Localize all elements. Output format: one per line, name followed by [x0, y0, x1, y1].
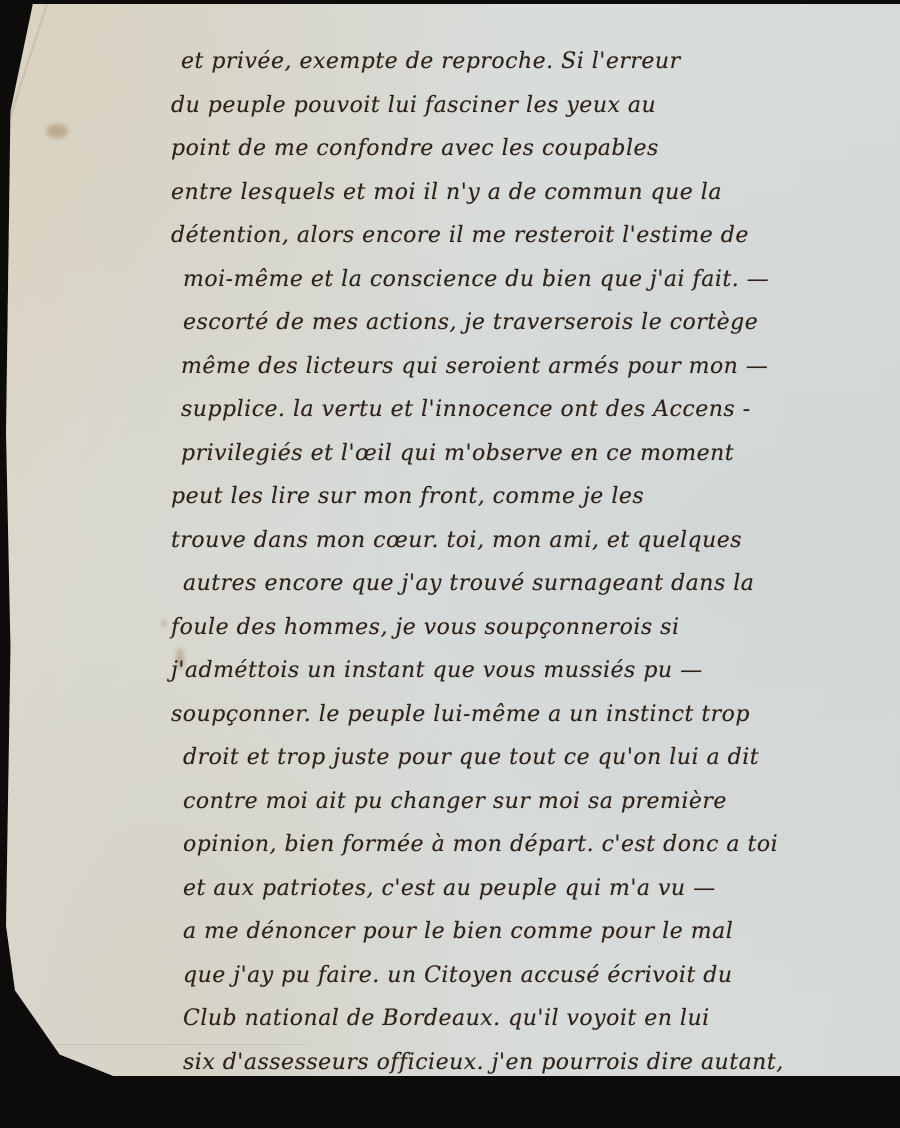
- text-line: escorté de mes actions, je traverserois …: [183, 301, 900, 345]
- text-line: du peuple pouvoit lui fasciner les yeux …: [171, 84, 891, 128]
- text-line: contre moi ait pu changer sur moi sa pre…: [183, 780, 900, 824]
- text-line: privilegiés et l'œil qui m'observe en ce…: [181, 432, 900, 476]
- text-line: même des licteurs qui seroient armés pou…: [181, 345, 900, 389]
- text-line: trouve dans mon cœur. toi, mon ami, et q…: [171, 519, 891, 563]
- ink-stain: [46, 124, 68, 138]
- text-line: et privée, exempte de reproche. Si l'err…: [181, 40, 900, 84]
- text-line: supplice. la vertu et l'innocence ont de…: [181, 388, 900, 432]
- ink-stain: [161, 620, 167, 626]
- text-line: opinion, bien formée à mon départ. c'est…: [183, 823, 900, 867]
- text-line: que j'ay pu faire. un Citoyen accusé écr…: [183, 954, 900, 998]
- letter-body: et privée, exempte de reproche. Si l'err…: [171, 40, 891, 1080]
- text-line: six d'assesseurs officieux. j'en pourroi…: [183, 1041, 900, 1081]
- text-line: point de me confondre avec les coupables: [171, 127, 891, 171]
- text-line: moi-même et la conscience du bien que j'…: [183, 258, 900, 302]
- text-line: entre lesquels et moi il n'y a de commun…: [171, 171, 891, 215]
- paper-fold-crease: [0, 4, 48, 404]
- text-line: peut les lire sur mon front, comme je le…: [171, 475, 891, 519]
- text-line: a me dénoncer pour le bien comme pour le…: [183, 910, 900, 954]
- text-line: autres encore que j'ay trouvé surnageant…: [183, 562, 900, 606]
- text-line: droit et trop juste pour que tout ce qu'…: [183, 736, 900, 780]
- text-line: foule des hommes, je vous soupçonnerois …: [171, 606, 891, 650]
- text-line: détention, alors encore il me resteroit …: [171, 214, 891, 258]
- text-line: et aux patriotes, c'est au peuple qui m'…: [183, 867, 900, 911]
- text-line: soupçonner. le peuple lui-même a un inst…: [171, 693, 891, 737]
- manuscript-page: et privée, exempte de reproche. Si l'err…: [6, 4, 900, 1076]
- text-line: Club national de Bordeaux. qu'il voyoit …: [183, 997, 900, 1041]
- text-line: j'adméttois un instant que vous mussiés …: [171, 649, 891, 693]
